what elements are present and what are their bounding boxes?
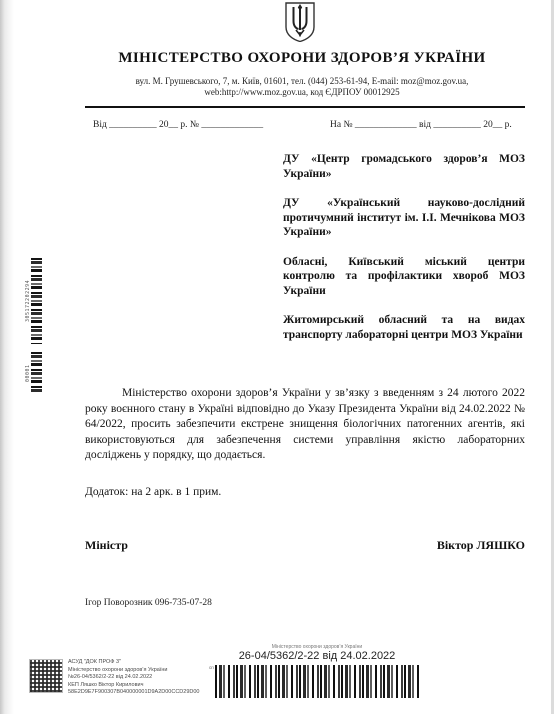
document-barcode-block: Міністерство охорони здоров’я України 26… <box>210 644 424 698</box>
vertical-barcode-digits: 305172202294 <box>25 258 31 344</box>
document-page: МІНІСТЕРСТВО ОХОРОНИ ЗДОРОВ’Я УКРАЇНИ ву… <box>0 0 554 714</box>
vertical-barcode-digits: 00001 <box>25 352 31 394</box>
ministry-title: МІНІСТЕРСТВО ОХОРОНИ ЗДОРОВ’Я УКРАЇНИ <box>62 50 542 67</box>
reference-outgoing: Від __________ 20__ р. № _____________ <box>93 120 263 130</box>
contact-line: Ігор Поворозник 096-735-07-28 <box>85 598 212 608</box>
signature-row: Міністр Віктор ЛЯШКО <box>85 538 525 553</box>
ministry-address: вул. М. Грушевського, 7, м. Київ, 01601,… <box>62 76 542 98</box>
recipient-item: ДУ «Український науково-дослідний протич… <box>283 196 525 240</box>
vertical-barcode-bars <box>31 352 42 394</box>
qr-code <box>30 660 62 692</box>
header-rule <box>85 106 525 108</box>
reference-incoming: На № _____________ від __________ 20__ р… <box>330 120 512 130</box>
page-left-shadow <box>0 0 14 714</box>
attachment-note: Додаток: на 2 арк. в 1 прим. <box>85 486 221 498</box>
recipient-block: ДУ «Центр громадського здоров’я МОЗ Укра… <box>283 152 525 357</box>
vertical-barcode-bars <box>31 258 42 344</box>
vertical-barcode-segment: 305172202294 <box>25 258 42 344</box>
document-barcode-number: 26-04/5362/2-22 від 24.02.2022 <box>210 650 424 663</box>
minister-position: Міністр <box>85 538 128 553</box>
body-paragraph: Міністерство охорони здоров’я України у … <box>85 386 525 464</box>
vertical-registration-barcode: 305172202294 00001 <box>25 258 42 402</box>
document-barcode-side-label: сп <box>209 665 214 670</box>
recipient-item: Обласні, Київський міський центри контро… <box>283 255 525 299</box>
recipient-item: ДУ «Центр громадського здоров’я МОЗ Укра… <box>283 152 525 181</box>
recipient-item: Житомирський обласний та на видах трансп… <box>283 313 525 342</box>
document-barcode <box>215 665 420 698</box>
address-line-1: вул. М. Грушевського, 7, м. Київ, 01601,… <box>62 76 542 87</box>
trident-emblem-icon <box>283 2 317 42</box>
minister-name: Віктор ЛЯШКО <box>437 538 525 553</box>
vertical-barcode-segment: 00001 <box>25 352 42 394</box>
address-line-2: web:http://www.moz.gov.ua, код ЄДРПОУ 00… <box>62 87 542 98</box>
